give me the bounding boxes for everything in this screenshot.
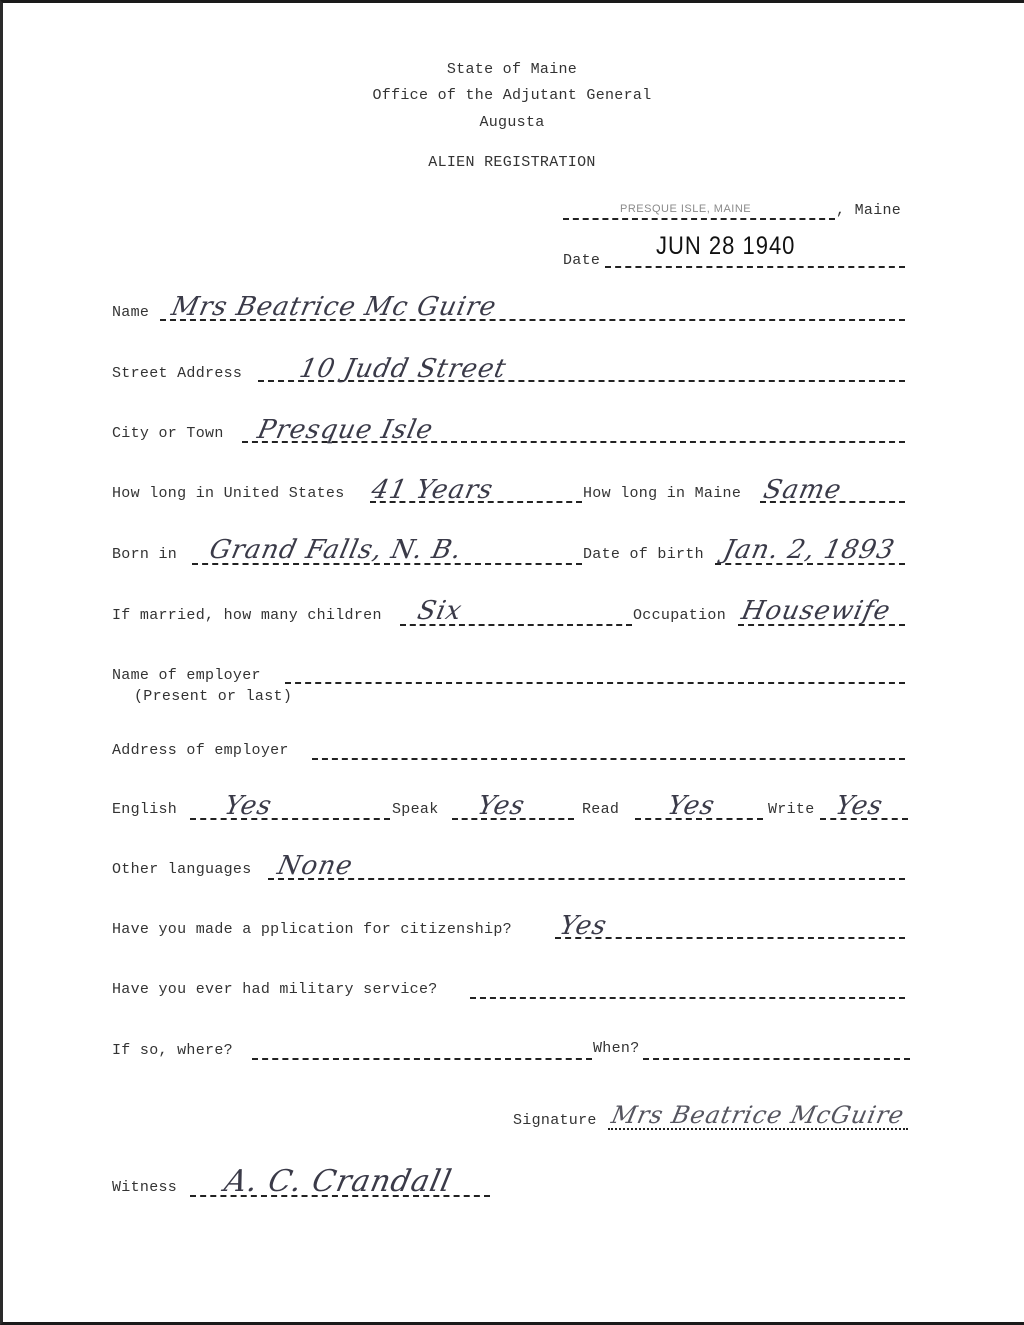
how-long-maine-label: How long in Maine xyxy=(583,485,741,502)
location-stamp: PRESQUE ISLE, MAINE xyxy=(620,203,751,215)
when-label: When? xyxy=(593,1040,640,1057)
where-label: If so, where? xyxy=(112,1042,233,1059)
other-languages-value: None xyxy=(275,851,356,881)
other-languages-label: Other languages xyxy=(112,861,252,878)
header-city: Augusta xyxy=(0,114,1024,131)
other-languages-line[interactable] xyxy=(268,878,905,880)
employer-address-line[interactable] xyxy=(312,758,905,760)
military-line[interactable] xyxy=(470,997,905,999)
date-stamp: JUN 28 1940 xyxy=(656,231,795,261)
signature-label: Signature xyxy=(513,1112,597,1129)
date-line xyxy=(605,266,905,268)
how-long-us-value: 41 Years xyxy=(369,475,496,505)
city-value: Presque Isle xyxy=(255,415,436,445)
occupation-label: Occupation xyxy=(633,607,726,624)
born-in-value: Grand Falls, N. B. xyxy=(207,535,465,565)
speak-value: Yes xyxy=(475,791,528,821)
witness-value: A. C. Crandall xyxy=(221,1164,455,1199)
citizenship-line[interactable] xyxy=(555,937,905,939)
employer-name-sublabel: (Present or last) xyxy=(134,688,292,705)
header-office: Office of the Adjutant General xyxy=(0,87,1024,104)
read-label: Read xyxy=(582,801,619,818)
write-value: Yes xyxy=(833,791,886,821)
children-value: Six xyxy=(415,596,465,626)
header-state: State of Maine xyxy=(0,61,1024,78)
employer-name-line[interactable] xyxy=(285,682,905,684)
born-in-label: Born in xyxy=(112,546,177,563)
english-value: Yes xyxy=(222,791,275,821)
military-label: Have you ever had military service? xyxy=(112,981,438,998)
dob-label: Date of birth xyxy=(583,546,704,563)
street-value: 10 Judd Street xyxy=(297,354,509,384)
form-title: ALIEN REGISTRATION xyxy=(0,154,1024,171)
dob-value: Jan. 2, 1893 xyxy=(721,535,898,565)
english-line[interactable] xyxy=(190,818,390,820)
signature-value: Mrs Beatrice McGuire xyxy=(609,1101,907,1129)
how-long-us-label: How long in United States xyxy=(112,485,345,502)
date-label: Date xyxy=(563,252,600,269)
read-value: Yes xyxy=(665,791,718,821)
employer-address-label: Address of employer xyxy=(112,742,289,759)
location-line xyxy=(563,218,835,220)
citizenship-value: Yes xyxy=(557,911,610,941)
city-label: City or Town xyxy=(112,425,224,442)
english-label: English xyxy=(112,801,177,818)
location-suffix: , Maine xyxy=(836,202,901,219)
name-label: Name xyxy=(112,304,149,321)
citizenship-label: Have you made a pplication for citizensh… xyxy=(112,921,512,938)
children-label: If married, how many children xyxy=(112,607,382,624)
when-line[interactable] xyxy=(643,1058,910,1060)
name-value: Mrs Beatrice Mc Guire xyxy=(169,292,500,322)
speak-label: Speak xyxy=(392,801,439,818)
employer-name-label: Name of employer xyxy=(112,667,261,684)
how-long-maine-value: Same xyxy=(761,475,845,505)
where-line[interactable] xyxy=(252,1058,592,1060)
street-label: Street Address xyxy=(112,365,242,382)
witness-label: Witness xyxy=(112,1179,177,1196)
occupation-value: Housewife xyxy=(739,596,894,626)
write-label: Write xyxy=(768,801,815,818)
